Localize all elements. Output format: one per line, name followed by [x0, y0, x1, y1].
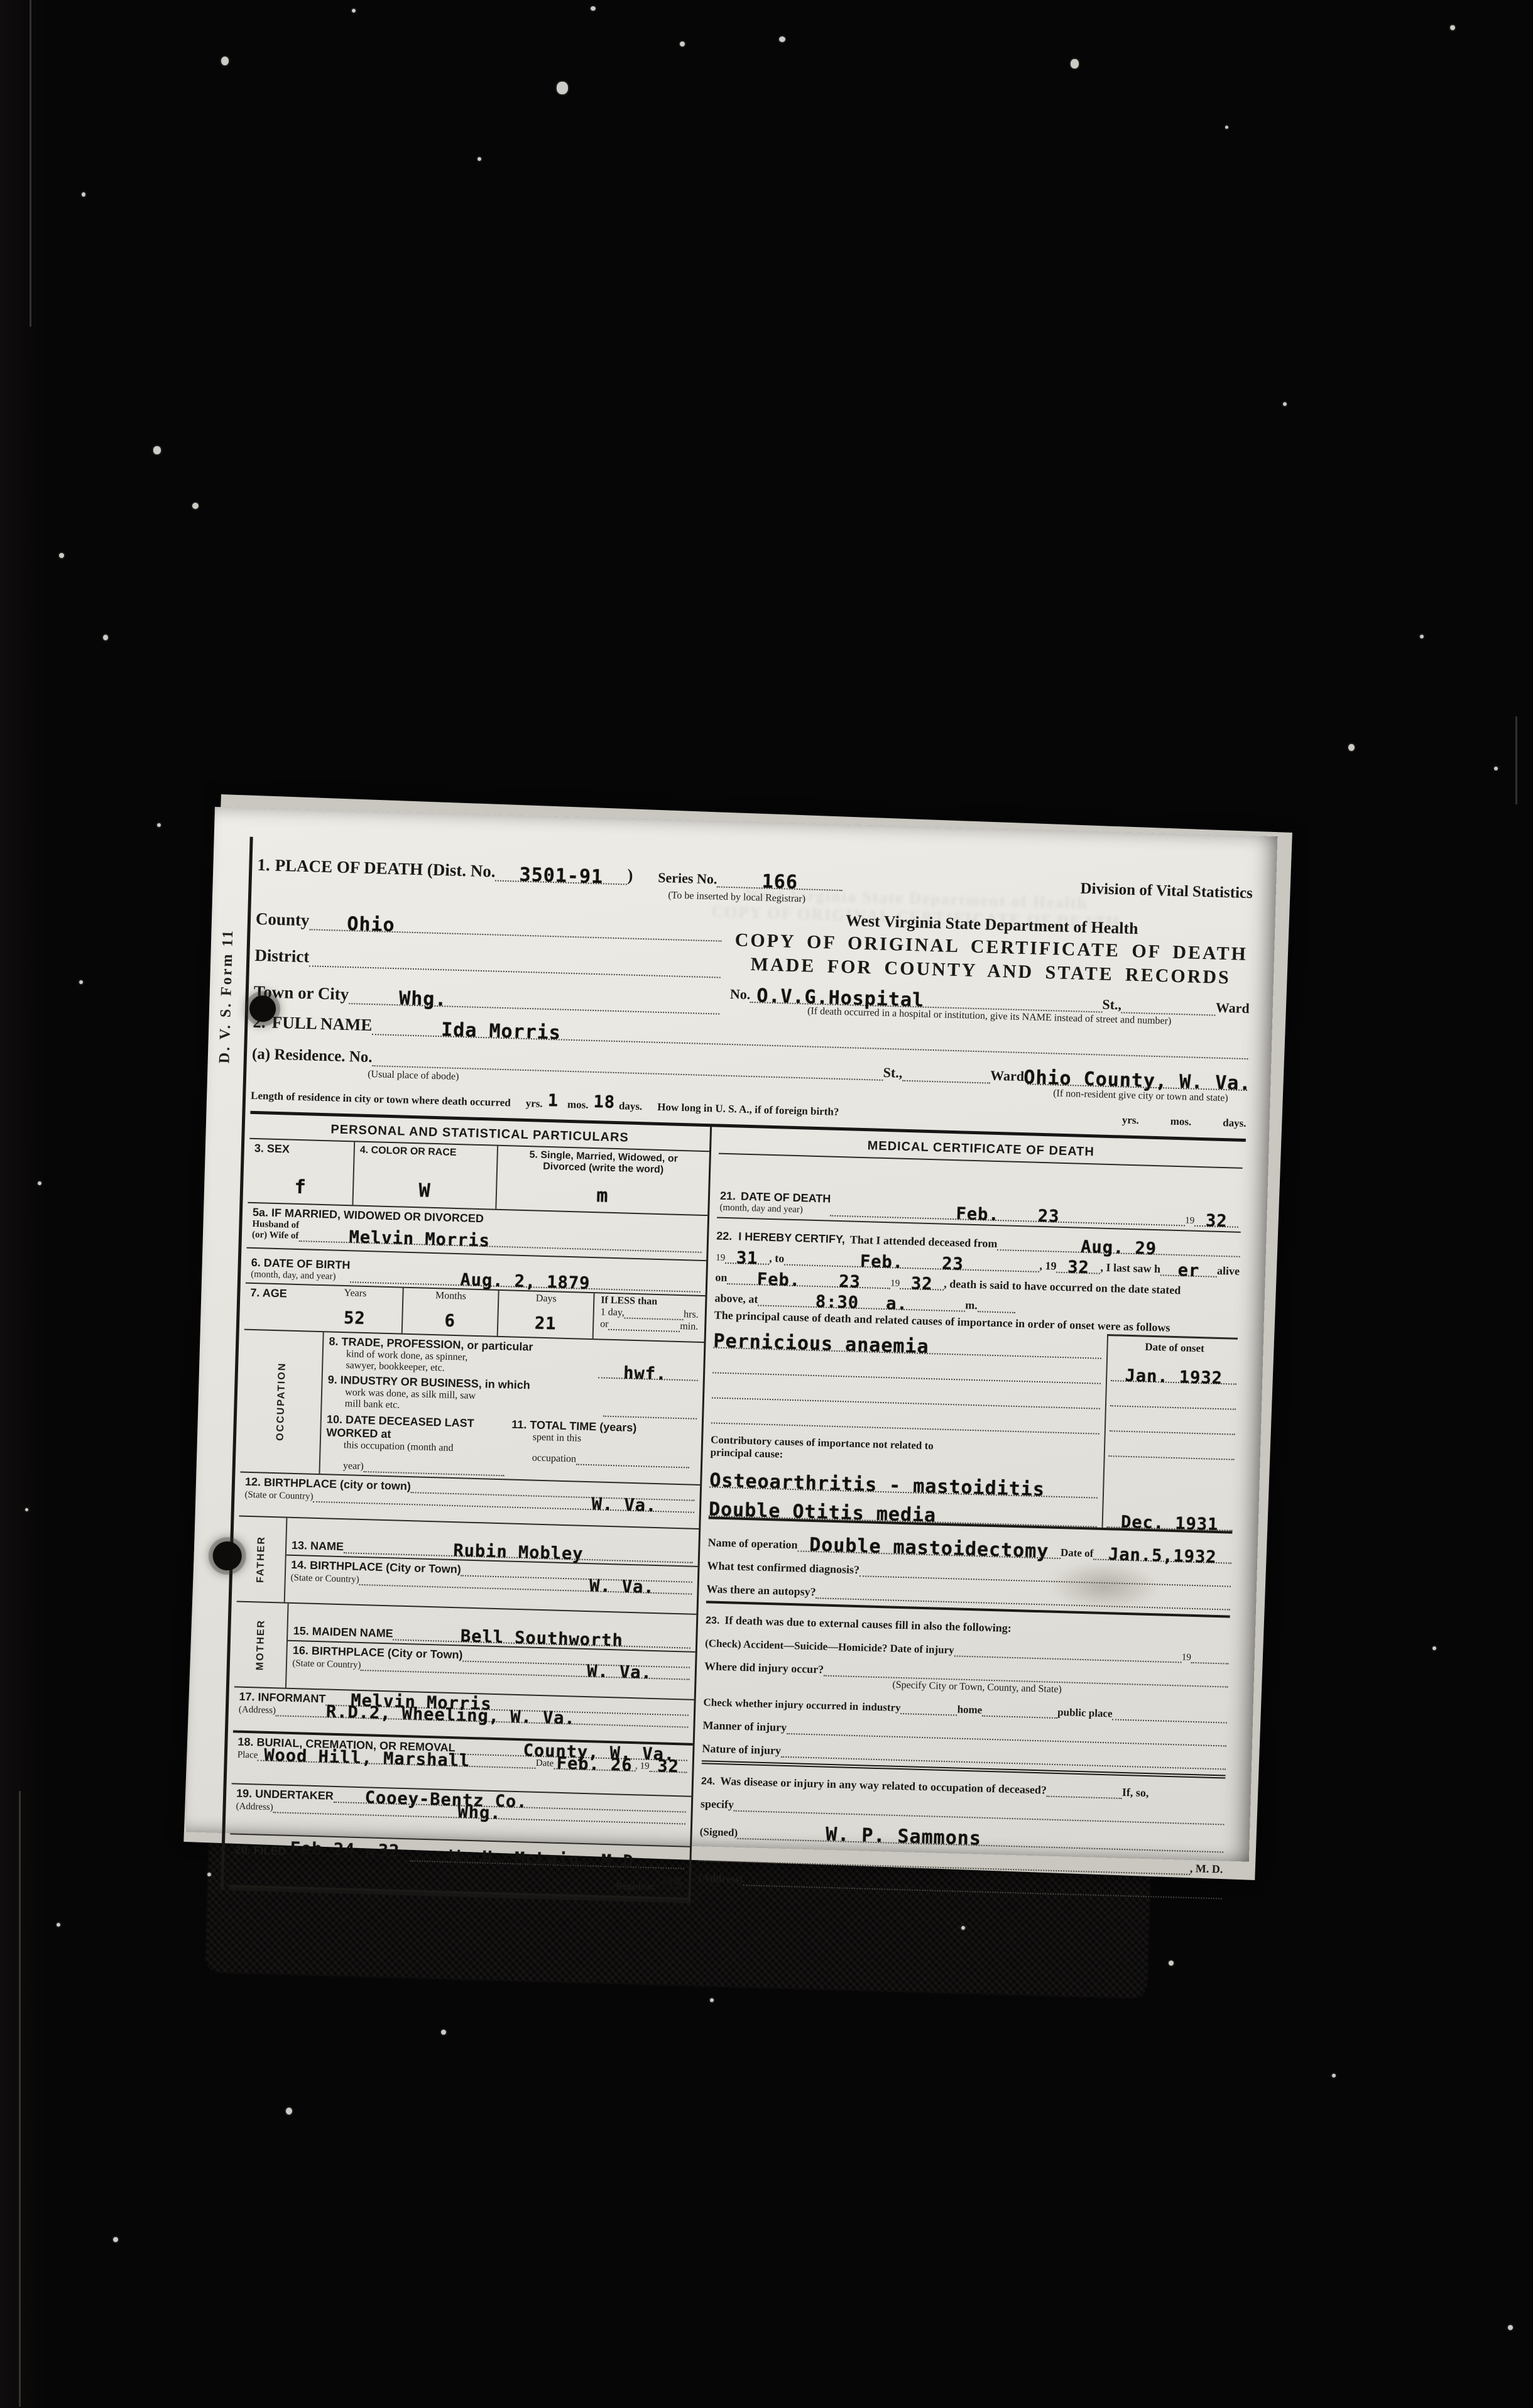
- dotted-blank: [1047, 1785, 1122, 1799]
- onset-line: Dec. 1931: [1107, 1499, 1233, 1531]
- dotted-blank: [608, 1318, 680, 1332]
- father-side-strip: FATHER: [237, 1516, 288, 1602]
- father-name-value: Rubin Mobley: [453, 1541, 584, 1564]
- medical-column: MEDICAL CERTIFICATE OF DEATH 21.DATE OF …: [690, 1127, 1246, 1918]
- from-year-line: 31: [725, 1252, 769, 1265]
- residence-label: (a) Residence. No.: [252, 1046, 373, 1066]
- occupation-side-label: OCCUPATION: [275, 1362, 288, 1442]
- town-value: Whg.: [399, 987, 447, 1010]
- header-left-stack: County Ohio District Town or City Whg.: [253, 892, 723, 1015]
- informant-address-label: (Address): [239, 1704, 276, 1716]
- undertaker-address-label: (Address): [236, 1801, 273, 1813]
- public-place-word: public place: [1057, 1706, 1113, 1720]
- if-so-label: If, so,: [1122, 1786, 1149, 1800]
- birthplace-sublabel: (State or Country): [244, 1489, 314, 1502]
- time-value: 8:30 a.: [816, 1292, 908, 1314]
- on-label: on: [715, 1271, 728, 1285]
- trade-row: 8. TRADE, PROFESSION, or particular kind…: [328, 1335, 699, 1381]
- injury-19-label: 19: [1182, 1652, 1191, 1663]
- external-number: 23.: [706, 1615, 720, 1627]
- length-yrs-value: 1: [547, 1091, 559, 1110]
- color-cell: 4. COLOR OR RACE W: [353, 1142, 498, 1208]
- trade-line: hwf.: [598, 1367, 698, 1381]
- registrar-signature-line: W. H. McLain, M.D.: [410, 1849, 685, 1869]
- total-time-label-3: occupation: [511, 1452, 577, 1465]
- dotted-blank: [902, 1070, 990, 1084]
- undertaker-address-value: Whg.: [457, 1802, 501, 1823]
- less-than-day-cell: If LESS than 1 day,hrs. ormin.: [594, 1293, 706, 1342]
- one-day-label: 1 day,: [601, 1306, 625, 1318]
- md-label: , M. D.: [1190, 1862, 1223, 1876]
- certify-number: 22.: [716, 1230, 733, 1244]
- spouse-line: Melvin Morris: [298, 1230, 702, 1253]
- full-name-value: Ida Morris: [441, 1019, 562, 1044]
- certify-block: 22. I HEREBY CERTIFY, That I attended de…: [714, 1218, 1240, 1337]
- attended-from-value: Aug. 29: [1081, 1237, 1157, 1259]
- certificate-form: 1. PLACE OF DEATH (Dist. No. 3501-91 ) S…: [221, 837, 1253, 1918]
- time-line: 8:30 a.: [758, 1294, 965, 1312]
- mother-content: 15. MAIDEN NAME Bell Southworth 16. BIRT…: [286, 1604, 696, 1699]
- home-word: home: [957, 1704, 982, 1717]
- onset-value-1: Jan. 1932: [1125, 1366, 1223, 1388]
- spouse-value: Melvin Morris: [349, 1227, 490, 1251]
- days-label: days.: [619, 1100, 643, 1113]
- yrs-label2: yrs.: [1122, 1114, 1139, 1127]
- signed-value: W. P. Sammons: [826, 1824, 982, 1850]
- dotted-blank: [1191, 1651, 1230, 1664]
- to-label: , to: [769, 1252, 785, 1266]
- last-worked-cell: 10. DATE DECEASED LAST WORKED at this oc…: [325, 1413, 512, 1476]
- onset-value-2: Dec. 1931: [1121, 1513, 1219, 1535]
- series-label: Series No.: [658, 870, 717, 888]
- dotted-blank: [781, 1746, 1226, 1770]
- st-label2: St.,: [883, 1064, 902, 1081]
- on-year-line: 32: [900, 1278, 944, 1291]
- age-label: 7. AGE: [244, 1284, 308, 1331]
- related-number: 24.: [701, 1776, 716, 1788]
- mother-side-label: MOTHER: [254, 1619, 267, 1670]
- district-number-value: 3501-91: [519, 864, 603, 889]
- film-edge: [0, 0, 44, 2408]
- dod-year-value: 32: [1206, 1211, 1228, 1231]
- hospital-value: O.V.G.Hospital: [756, 985, 925, 1011]
- dotted-blank: [816, 1587, 1230, 1610]
- industry-pre-label: Check whether injury occurred in: [703, 1696, 858, 1713]
- full-name-label: FULL NAME: [271, 1013, 373, 1035]
- ward-label2: Ward.: [990, 1068, 1028, 1085]
- dod-number: 21.: [720, 1190, 736, 1203]
- months-header: Months: [403, 1289, 498, 1303]
- trade-value: hwf.: [623, 1364, 667, 1384]
- sex-cell: 3. SEX f: [248, 1139, 355, 1205]
- on-19-label: 19: [890, 1278, 900, 1289]
- age-years-cell: Years 52: [307, 1285, 404, 1333]
- registrar-label: Registrar.: [616, 1881, 656, 1893]
- mother-side-strip: MOTHER: [234, 1602, 289, 1687]
- residence-line: Ohio County, W. Va.: [1027, 1073, 1247, 1091]
- form-number-vertical: D. V. S. Form 11: [207, 857, 246, 1134]
- age-months-value: 6: [403, 1310, 498, 1332]
- to-19-label: , 19: [1039, 1259, 1057, 1273]
- mos-label: mos.: [567, 1098, 589, 1112]
- abode-note: (Usual place of abode): [368, 1069, 459, 1083]
- personal-column: PERSONAL AND STATISTICAL PARTICULARS 3. …: [229, 1114, 712, 1903]
- usa-question: How long in U. S. A., if of foreign birt…: [657, 1101, 839, 1119]
- birthplace-value: W. Va.: [591, 1494, 657, 1516]
- autopsy-label: Was there an autopsy?: [706, 1582, 816, 1599]
- dotted-blank: [1112, 1709, 1227, 1724]
- dod-year-line: 32: [1194, 1215, 1238, 1228]
- undertaker-label: 19. UNDERTAKER: [236, 1787, 334, 1802]
- st-label: St.,: [1102, 997, 1121, 1014]
- alive-label: alive: [1217, 1264, 1240, 1278]
- dob-sublabel: (month, day, and year): [251, 1269, 350, 1283]
- age-months-cell: Months 6: [403, 1288, 499, 1336]
- filed-date-value: Feb.24: [290, 1839, 355, 1860]
- dod-sublabel: (month, day and year): [719, 1203, 831, 1217]
- filed-year-value: 32: [378, 1841, 400, 1861]
- county-value: Ohio: [347, 913, 395, 936]
- last-worked-label-3: year): [325, 1460, 364, 1472]
- header-right-stack: West Virginia State Department of Health…: [719, 906, 1252, 1029]
- form-header: 1. PLACE OF DEATH (Dist. No. 3501-91 ) S…: [251, 837, 1253, 1134]
- occupation-group: OCCUPATION 8. TRADE, PROFESSION, or part…: [240, 1330, 704, 1486]
- burial-date-value: Feb. 26: [556, 1753, 633, 1775]
- marital-value: m: [502, 1182, 704, 1210]
- from-year-value: 31: [736, 1248, 758, 1268]
- nature-label: Nature of injury: [702, 1742, 781, 1758]
- sex-color-marital-row: 3. SEX f 4. COLOR OR RACE W 5. Single, M…: [248, 1139, 709, 1216]
- cause-lines: Pernicious anaemia Contributory causes o…: [709, 1323, 1107, 1528]
- husband-of-label: Husband of: [252, 1219, 299, 1231]
- color-label: 4. COLOR OR RACE: [360, 1145, 492, 1160]
- cause-of-death-box: Pernicious anaemia Contributory causes o…: [709, 1323, 1238, 1534]
- district-label: District: [254, 946, 310, 966]
- min-label: min.: [680, 1321, 698, 1333]
- mother-birthplace-sublabel: (State or Country): [292, 1658, 361, 1671]
- close-paren: ): [627, 865, 633, 885]
- dotted-blank: [900, 1702, 957, 1716]
- onset-line: [1110, 1406, 1236, 1435]
- marital-cell: 5. Single, Married, Widowed, or Divorced…: [496, 1146, 709, 1215]
- signed-label: (Signed): [699, 1825, 738, 1839]
- father-group: FATHER 13. NAME Rubin Mobley 14. BIRTHPL…: [237, 1516, 699, 1614]
- mother-group: MOTHER 15. MAIDEN NAME Bell Southworth 1…: [234, 1602, 697, 1700]
- test-label: What test confirmed diagnosis?: [707, 1559, 859, 1577]
- occupation-content: 8. TRADE, PROFESSION, or particular kind…: [320, 1332, 704, 1484]
- or-label: or: [600, 1318, 609, 1330]
- informant-label: 17. INFORMANT: [239, 1690, 326, 1705]
- on-date-value: Feb. 23: [757, 1269, 861, 1292]
- form-body: PERSONAL AND STATISTICAL PARTICULARS 3. …: [229, 1111, 1246, 1918]
- total-time-cell: 11. TOTAL TIME (years) spent in this occ…: [510, 1418, 697, 1482]
- last-worked-row: 10. DATE DECEASED LAST WORKED at this oc…: [325, 1413, 697, 1481]
- onset-line: [1109, 1431, 1235, 1460]
- on-year-value: 32: [911, 1274, 933, 1294]
- film-scratch: [30, 0, 31, 327]
- last-saw-label: , I last saw h: [1100, 1261, 1160, 1276]
- days-label2: days.: [1223, 1117, 1247, 1130]
- length-days-value: 18: [593, 1092, 615, 1112]
- place-label: Place: [237, 1749, 258, 1761]
- operation-date-label: Date of: [1061, 1546, 1094, 1560]
- from-19-label: 19: [716, 1253, 725, 1264]
- date-of-onset-column: Date of onset Jan. 1932 Dec. 1931: [1102, 1334, 1238, 1531]
- registrar-initials: MS: [662, 1873, 684, 1893]
- mother-birthplace-value: W. Va.: [587, 1661, 652, 1683]
- specify-label: specify: [701, 1797, 734, 1811]
- hrs-label: hrs.: [684, 1309, 699, 1321]
- yrs-label: yrs.: [526, 1097, 543, 1110]
- dotted-blank: [743, 1874, 1223, 1899]
- death-certificate: West Virginia State Department of Health…: [186, 807, 1277, 1862]
- no-label: No.: [730, 986, 751, 1003]
- dob-value: Aug. 2, 1879: [460, 1270, 591, 1293]
- to-year-line: 32: [1056, 1261, 1100, 1274]
- address-label: (Address): [698, 1872, 743, 1886]
- father-birthplace-sublabel: (State or Country): [290, 1572, 359, 1585]
- onset-line: Jan. 1932: [1111, 1356, 1237, 1385]
- dotted-blank: [978, 1300, 1016, 1313]
- maiden-name-label: 15. MAIDEN NAME: [293, 1624, 393, 1640]
- father-name-label: 13. NAME: [292, 1539, 344, 1553]
- dotted-blank: [1121, 1002, 1216, 1016]
- length-label: Length of residence in city or town wher…: [251, 1090, 511, 1110]
- er-line: er: [1160, 1264, 1217, 1278]
- mos-label2: mos.: [1170, 1115, 1191, 1129]
- film-scratch: [1515, 716, 1517, 804]
- m-label: m.: [965, 1299, 978, 1313]
- where-injury-label: Where did injury occur?: [704, 1660, 824, 1676]
- sex-value: f: [253, 1175, 348, 1200]
- sex-label: 3. SEX: [254, 1142, 349, 1157]
- dotted-blank: [603, 1405, 697, 1420]
- dotted-blank: [982, 1705, 1057, 1719]
- years-header: Years: [308, 1286, 402, 1300]
- burial-year-value: 32: [657, 1756, 679, 1776]
- age-years-value: 52: [307, 1307, 402, 1329]
- burial-date-line: Feb. 26: [554, 1757, 635, 1771]
- dod-value: Feb. 23: [956, 1204, 1060, 1227]
- industry-word: industry: [862, 1700, 901, 1714]
- occupation-side-strip: OCCUPATION: [240, 1330, 324, 1474]
- form-number-label: D. V. S. Form 11: [216, 928, 237, 1063]
- field1-number: 1.: [257, 855, 270, 875]
- operation-label: Name of operation: [707, 1536, 798, 1552]
- ward-label: Ward: [1216, 1000, 1250, 1017]
- filed-label: 20. FILED: [234, 1843, 286, 1858]
- dod-19-label: 19: [1185, 1215, 1194, 1226]
- dotted-blank: [364, 1460, 505, 1476]
- to-date-value: Feb. 23: [860, 1252, 964, 1274]
- dotted-blank: [576, 1453, 690, 1468]
- color-value: W: [359, 1178, 491, 1204]
- wife-of-label: (or) Wife of: [252, 1230, 299, 1242]
- to-year-value: 32: [1067, 1257, 1089, 1278]
- above-at-label: above, at: [714, 1292, 758, 1306]
- father-birthplace-value: W. Va.: [589, 1576, 655, 1597]
- county-label: County: [256, 909, 310, 930]
- age-days-cell: Days 21: [498, 1291, 595, 1338]
- series-number-value: 166: [761, 870, 798, 894]
- film-scratch: [19, 1791, 21, 2407]
- paper-smudge: [1047, 1560, 1162, 1613]
- operation-line: Double mastoidectomy: [797, 1540, 1061, 1559]
- filed-19-label: , 19: [360, 1849, 374, 1861]
- manner-label: Manner of injury: [702, 1719, 787, 1734]
- days-header: Days: [499, 1292, 593, 1306]
- age-days-value: 21: [498, 1313, 593, 1335]
- er-value: er: [1177, 1261, 1199, 1281]
- father-content: 13. NAME Rubin Mobley 14. BIRTHPLACE (Ci…: [285, 1518, 699, 1613]
- father-side-label: FATHER: [255, 1536, 268, 1583]
